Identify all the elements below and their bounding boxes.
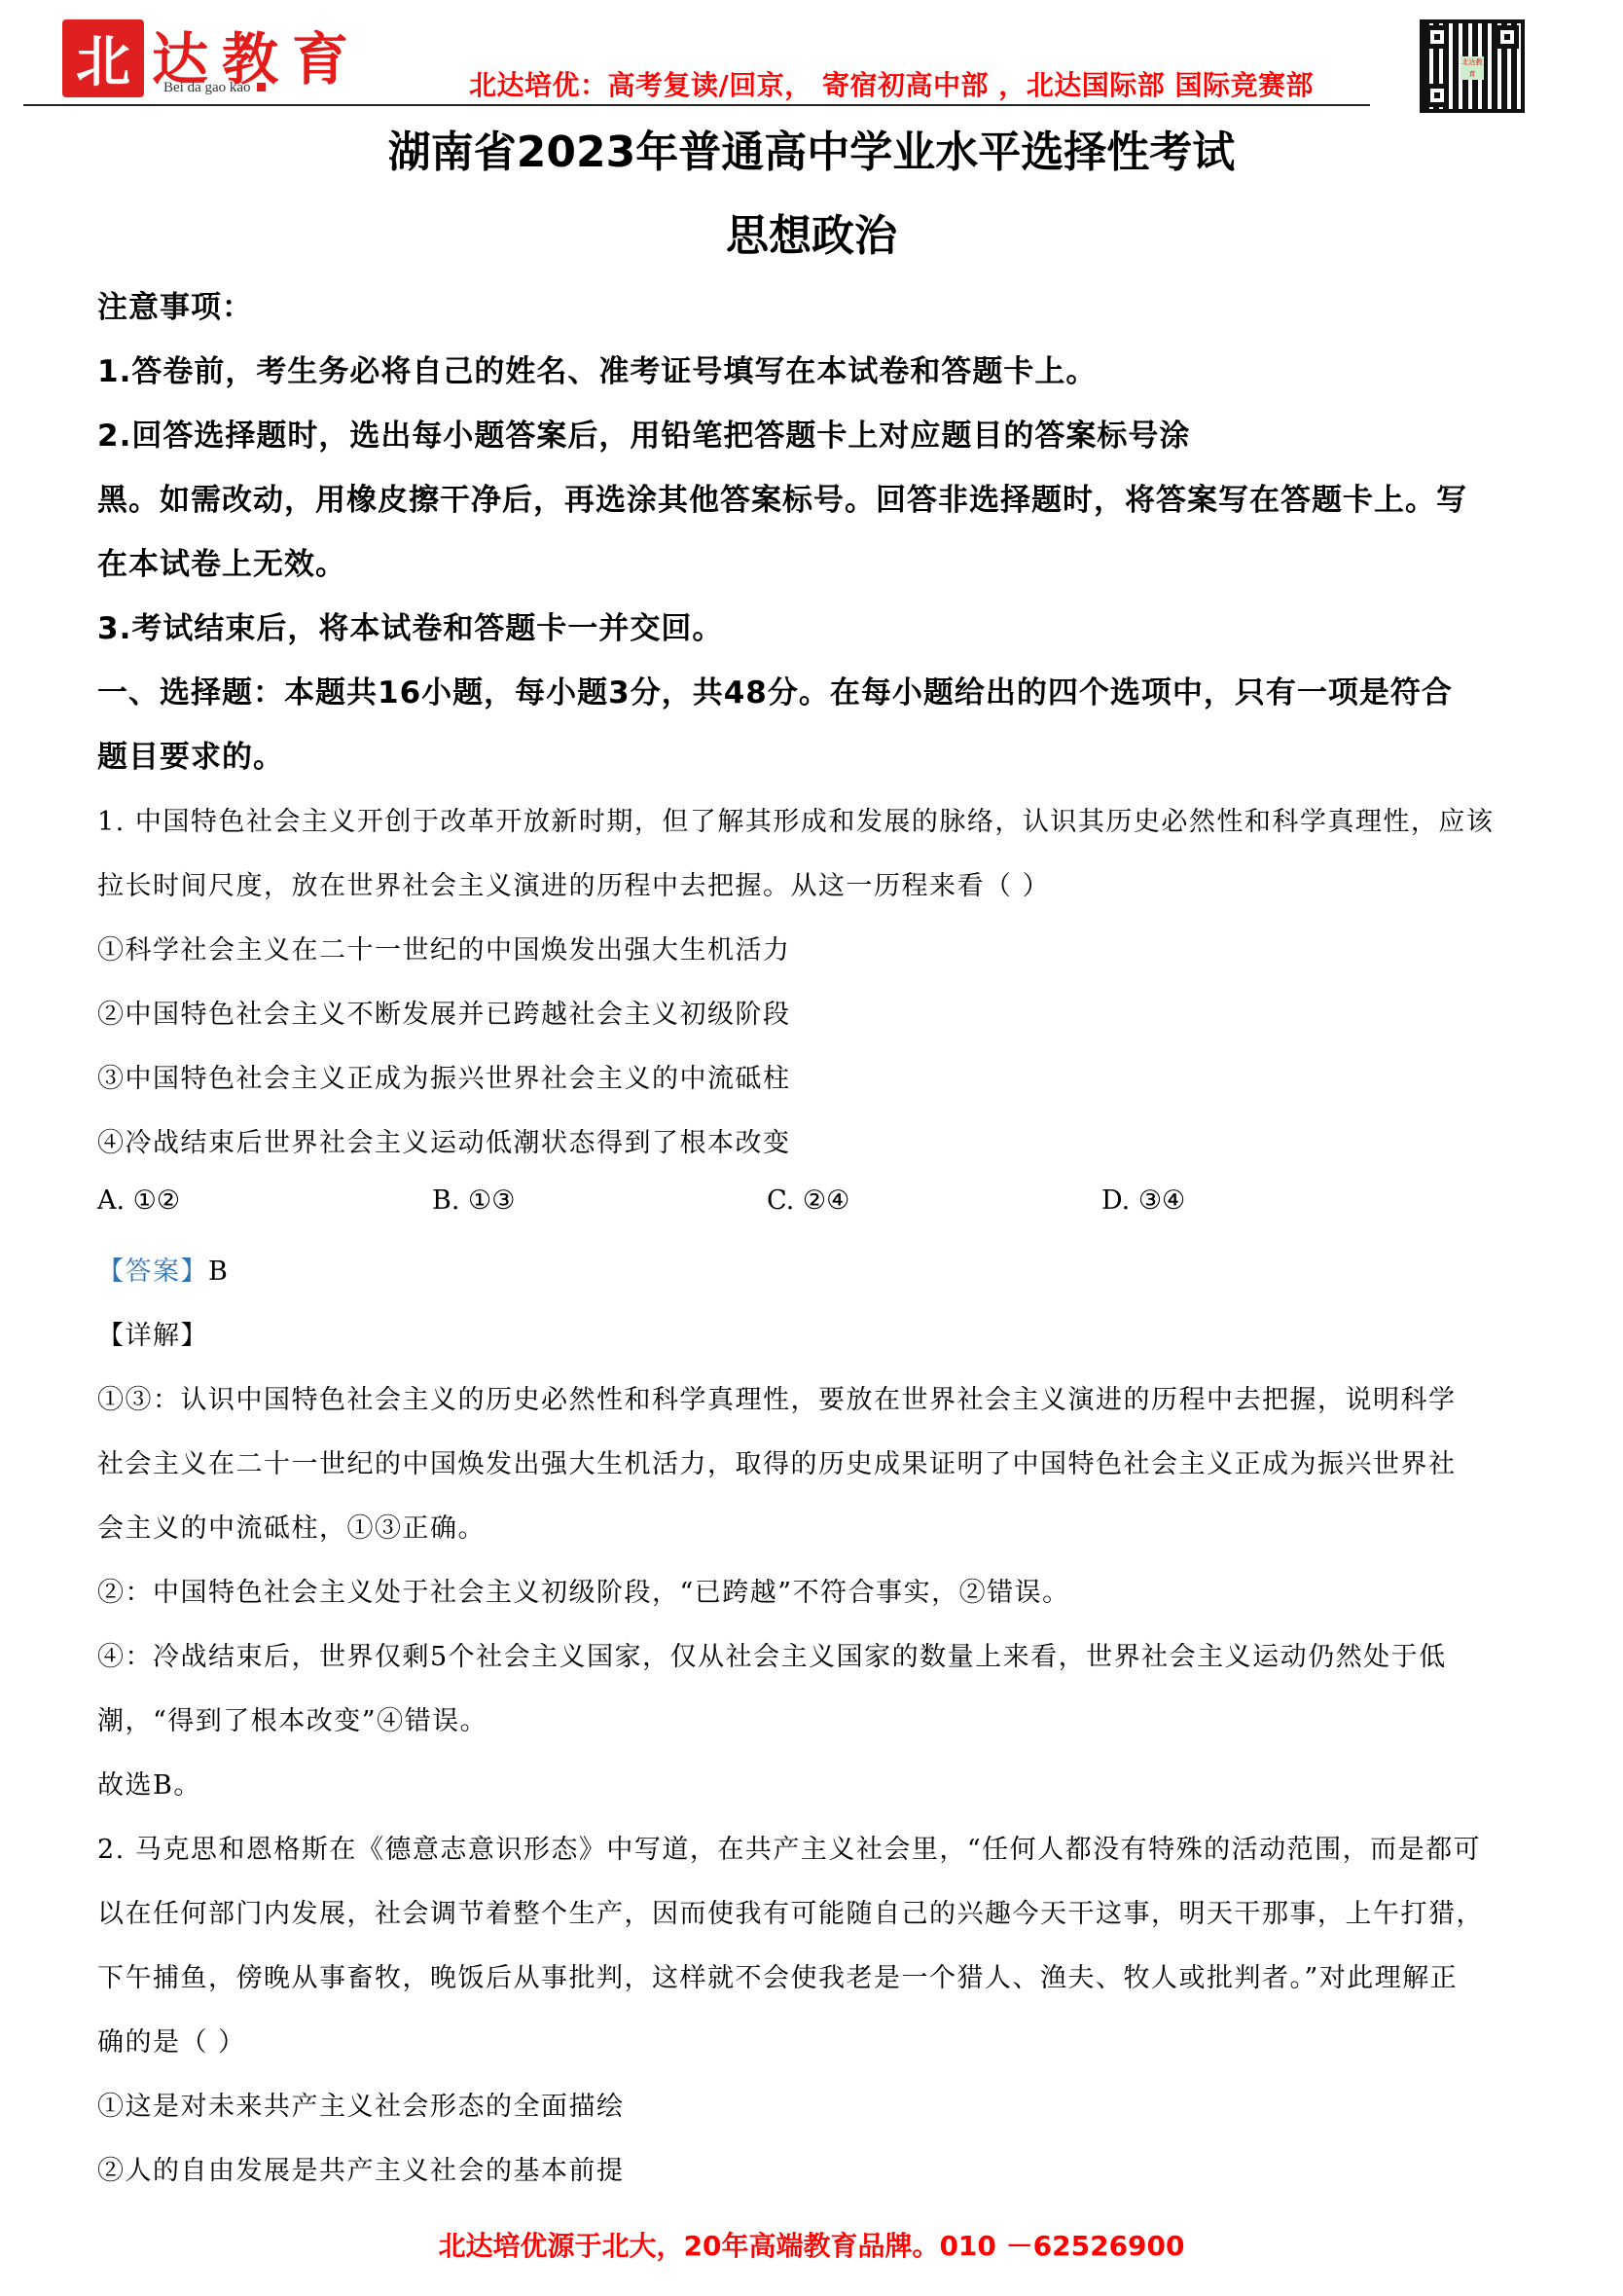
logo-subtitle-text: Bei da gao kao bbox=[163, 80, 251, 95]
subject-title: 思想政治 bbox=[0, 200, 1623, 263]
page-footer: 北达培优源于北大，20年高端教育品牌。010 －62526900 bbox=[0, 2225, 1623, 2264]
logo-emblem-icon: 北 bbox=[62, 19, 144, 97]
logo-square-icon bbox=[257, 83, 266, 91]
notice-item: 在本试卷上无效。 bbox=[97, 539, 346, 583]
header-divider bbox=[23, 104, 1370, 106]
header-slogan: 北达培优：高考复读/回京， 寄宿初高中部 ，北达国际部 国际竞赛部 bbox=[469, 64, 1314, 103]
explain-tag: 【详解】 bbox=[97, 1314, 208, 1352]
choice-b: B. ①③ bbox=[432, 1185, 515, 1216]
explanation-line: ④：冷战结束后，世界仅剩5个社会主义国家，仅从社会主义国家的数量上来看，世界社会… bbox=[97, 1635, 1447, 1673]
notice-item: 1.答卷前，考生务必将自己的姓名、准考证号填写在本试卷和答题卡上。 bbox=[97, 346, 1097, 390]
brand-logo: 北 达教育 Bei da gao kao bbox=[62, 19, 403, 97]
qr-finder-icon bbox=[1425, 25, 1449, 49]
question-statement: ③中国特色社会主义正成为振兴世界社会主义的中流砥柱 bbox=[97, 1057, 791, 1095]
question-stem: 以在任何部门内发展，社会调节着整个生产，因而使我有可能随自己的兴趣今天干这事，明… bbox=[97, 1892, 1484, 1930]
explanation-line: 社会主义在二十一世纪的中国焕发出强大生机活力，取得的历史成果证明了中国特色社会主… bbox=[97, 1442, 1457, 1480]
question-statement: ②人的自由发展是共产主义社会的基本前提 bbox=[97, 2149, 625, 2187]
choice-d: D. ③④ bbox=[1101, 1185, 1185, 1216]
notice-item: 2.回答选择题时，选出每小题答案后，用铅笔把答题卡上对应题目的答案标号涂 bbox=[97, 411, 1190, 455]
question-stem: 下午捕鱼，傍晚从事畜牧，晚饭后从事批判，这样就不会使我老是一个猎人、渔夫、牧人或… bbox=[97, 1956, 1458, 1994]
qr-code-icon: 北达教育 bbox=[1420, 19, 1525, 113]
question-stem: 拉长时间尺度，放在世界社会主义演进的历程中去把握。从这一历程来看（ ） bbox=[97, 864, 1050, 902]
qr-finder-icon bbox=[1496, 25, 1519, 49]
question-statement: ④冷战结束后世界社会主义运动低潮状态得到了根本改变 bbox=[97, 1121, 791, 1159]
choice-a: A. ①② bbox=[97, 1185, 180, 1216]
answer-line: 【答案】B bbox=[97, 1250, 229, 1288]
notice-heading: 注意事项： bbox=[97, 282, 253, 326]
notice-item: 3.考试结束后，将本试卷和答题卡一并交回。 bbox=[97, 603, 723, 647]
explanation-line: ①③：认识中国特色社会主义的历史必然性和科学真理性，要放在世界社会主义演进的历程… bbox=[97, 1378, 1457, 1416]
question-stem: 2. 马克思和恩格斯在《德意志意识形态》中写道，在共产主义社会里，“任何人都没有… bbox=[97, 1828, 1481, 1866]
answer-tag: 【答案】 bbox=[97, 1257, 208, 1287]
exam-title: 湖南省2023年普通高中学业水平选择性考试 bbox=[0, 117, 1623, 179]
notice-item: 黑。如需改动，用橡皮擦干净后，再选涂其他答案标号。回答非选择题时，将答案写在答题… bbox=[97, 475, 1467, 519]
logo-subtitle: Bei da gao kao bbox=[163, 80, 266, 96]
answer-value: B bbox=[208, 1257, 229, 1287]
section-heading: 一、选择题：本题共16小题，每小题3分，共48分。在每小题给出的四个选项中，只有… bbox=[97, 668, 1453, 711]
explanation-line: 潮，“得到了根本改变”④错误。 bbox=[97, 1699, 487, 1737]
question-statement: ①这是对未来共产主义社会形态的全面描绘 bbox=[97, 2085, 625, 2123]
section-heading: 题目要求的。 bbox=[97, 732, 284, 776]
choice-c: C. ②④ bbox=[767, 1185, 849, 1216]
qr-finder-icon bbox=[1425, 84, 1449, 107]
question-stem: 确的是（ ） bbox=[97, 2021, 246, 2059]
qr-center-label: 北达教育 bbox=[1461, 56, 1484, 80]
page-header: 北 达教育 Bei da gao kao 北达培优：高考复读/回京， 寄宿初高中… bbox=[0, 0, 1623, 117]
question-stem: 1. 中国特色社会主义开创于改革开放新时期，但了解其形成和发展的脉络，认识其历史… bbox=[97, 800, 1494, 838]
explanation-line: 会主义的中流砥柱，①③正确。 bbox=[97, 1507, 486, 1545]
question-statement: ①科学社会主义在二十一世纪的中国焕发出强大生机活力 bbox=[97, 929, 791, 966]
explanation-line: ②：中国特色社会主义处于社会主义初级阶段，“已跨越”不符合事实，②错误。 bbox=[97, 1571, 1070, 1609]
question-statement: ②中国特色社会主义不断发展并已跨越社会主义初级阶段 bbox=[97, 993, 791, 1031]
conclusion-line: 故选B。 bbox=[97, 1764, 201, 1802]
